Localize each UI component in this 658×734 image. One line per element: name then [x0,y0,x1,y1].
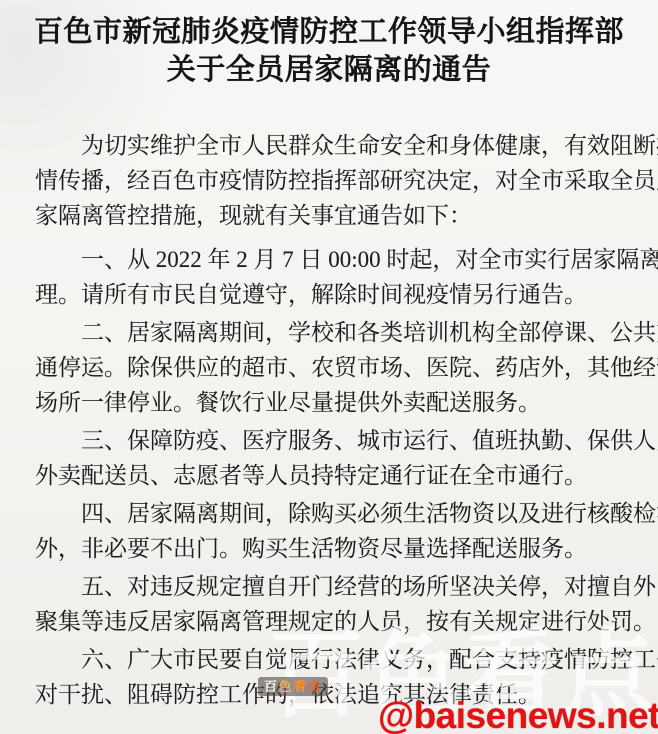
site-url-watermark: @baisenews.net [378,697,658,734]
notice-line: 家隔离管控措施，现就有关事宜通告如下： [35,198,627,233]
notice-paragraph-item-1: 一、从 2022 年 2 月 7 日 00:00 时起，对全市实行居家隔离管 理… [35,242,627,312]
site-logo-char: 看 [293,679,308,694]
notice-line: 四、居家隔离期间，除购买必须生活物资以及进行核酸检测 [35,496,627,531]
notice-line: 为切实维护全市人民群众生命安全和身体健康，有效阻断疫 [35,128,627,163]
notice-line: 六、广大市民要自觉履行法律义务，配合支持疫情防控工作。 [35,642,627,677]
notice-line: 理。请所有市民自觉遵守，解除时间视疫情另行通告。 [35,277,627,312]
notice-paragraph-item-3: 三、保障防疫、医疗服务、城市运行、值班执勤、保供人员、 外卖配送员、志愿者等人员… [35,423,627,493]
notice-document-page: 百色市新冠肺炎疫情防控工作领导小组指挥部 关于全员居家隔离的通告 为切实维护全市… [0,0,658,734]
notice-paragraph-item-4: 四、居家隔离期间，除购买必须生活物资以及进行核酸检测 外，非必要不出门。购买生活… [35,496,627,566]
notice-line: 五、对违反规定擅自开门经营的场所坚决关停，对擅自外出、 [35,569,627,604]
notice-line: 三、保障防疫、医疗服务、城市运行、值班执勤、保供人员、 [35,423,627,458]
site-logo-badge: 百色看点 [258,677,328,696]
notice-paragraph-item-2: 二、居家隔离期间，学校和各类培训机构全部停课、公共交 通停运。除保供应的超市、农… [35,315,627,420]
notice-line: 通停运。除保供应的超市、农贸市场、医院、药店外，其他经营 [35,350,627,385]
notice-line: 场所一律停业。餐饮行业尽量提供外卖配送服务。 [35,385,627,420]
site-logo-char: 点 [308,679,323,694]
notice-line: 聚集等违反居家隔离管理规定的人员，按有关规定进行处罚。 [35,604,627,639]
notice-body: 为切实维护全市人民群众生命安全和身体健康，有效阻断疫 情传播，经百色市疫情防控指… [35,128,627,715]
notice-line: 二、居家隔离期间，学校和各类培训机构全部停课、公共交 [35,315,627,350]
notice-line: 一、从 2022 年 2 月 7 日 00:00 时起，对全市实行居家隔离管 [35,242,627,277]
notice-line: 外卖配送员、志愿者等人员持特定通行证在全市通行。 [35,458,627,493]
notice-title-line-1: 百色市新冠肺炎疫情防控工作领导小组指挥部 [0,13,658,51]
site-logo-char: 百 [264,679,279,694]
site-logo-char: 色 [279,679,294,694]
notice-paragraph-item-5: 五、对违反规定擅自开门经营的场所坚决关停，对擅自外出、 聚集等违反居家隔离管理规… [35,569,627,639]
notice-title-line-2: 关于全员居家隔离的通告 [0,51,658,89]
notice-line: 外，非必要不出门。购买生活物资尽量选择配送服务。 [35,531,627,566]
notice-paragraph-intro: 为切实维护全市人民群众生命安全和身体健康，有效阻断疫 情传播，经百色市疫情防控指… [35,128,627,233]
notice-title: 百色市新冠肺炎疫情防控工作领导小组指挥部 关于全员居家隔离的通告 [0,13,658,89]
notice-line: 情传播，经百色市疫情防控指挥部研究决定，对全市采取全员居 [35,163,627,198]
